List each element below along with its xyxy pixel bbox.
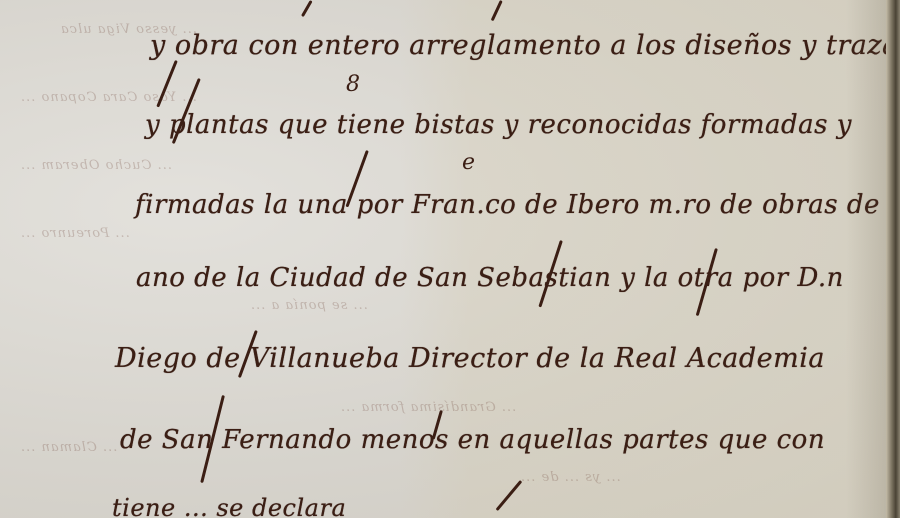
manuscript-line-3: firmadas la una por Fran.co de Ibero m.r… [135, 190, 880, 220]
bleed-through-text: ... Claman ... [20, 440, 117, 455]
bleed-through-text: ... Yoso Cara Copano ... [20, 90, 197, 105]
binding-shadow [846, 0, 886, 518]
ink-flourish [491, 0, 503, 21]
bleed-through-text: ... se ponía a ... [250, 298, 368, 313]
manuscript-line-1: y obra con entero arreglamento a los dis… [150, 30, 900, 61]
interlinear-mark: e [462, 150, 475, 175]
bleed-through-text: ... Cucho Oberam ... [20, 158, 172, 173]
manuscript-line-5: Diego de Villanueba Director de la Real … [115, 343, 825, 374]
bleed-through-text: ... Grandísima forma ... [340, 400, 516, 415]
manuscript-line-2: y plantas que tiene bistas y reconocidas… [145, 110, 852, 140]
book-binding-gutter [886, 0, 900, 518]
manuscript-line-7: tiene ... se declara [112, 494, 346, 518]
bleed-through-text: ... ys ... de ... [520, 470, 621, 485]
interlinear-mark: 8 [346, 72, 360, 97]
ink-descender [496, 480, 523, 511]
bleed-through-text: ... Poreunro ... [20, 226, 130, 241]
manuscript-line-6: de San Fernando menos en aquellas partes… [120, 425, 825, 455]
manuscript-line-4: ano de la Ciudad de San Sebastian y la o… [136, 263, 844, 293]
manuscript-page: ... yesso Viga ulca ... Yoso Cara Copano… [0, 0, 900, 518]
ink-flourish [301, 0, 313, 17]
